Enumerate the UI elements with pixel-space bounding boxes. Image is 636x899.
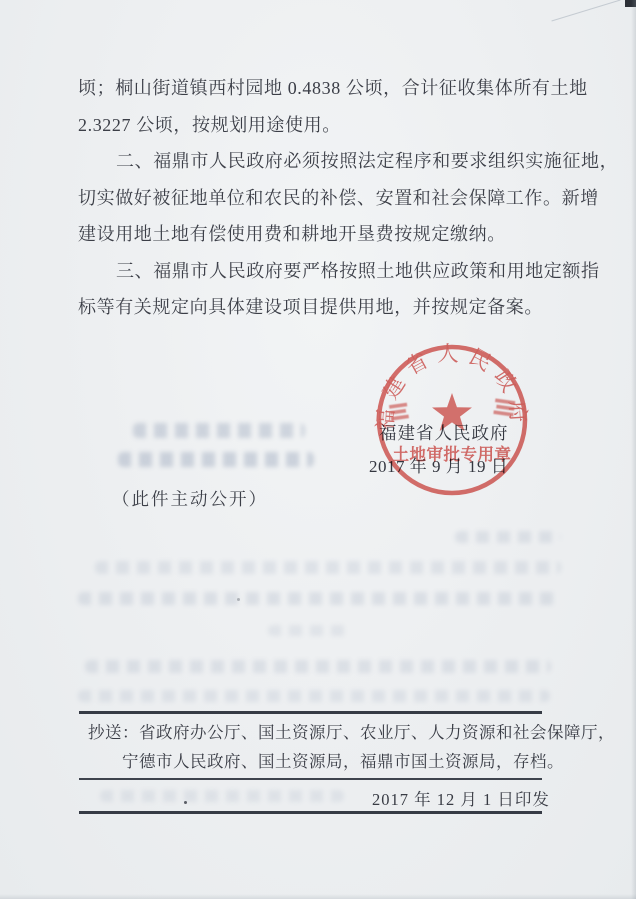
body-line: 三、福鼎市人民政府要严格按照土地供应政策和用地定额指 bbox=[78, 253, 570, 290]
page-edge-shading bbox=[0, 894, 636, 899]
cc-line: 抄送：省政府办公厅、国土资源厅、农业厅、人力资源和社会保障厅， bbox=[88, 719, 615, 743]
bleedthrough-text bbox=[85, 660, 551, 673]
bleedthrough-text bbox=[100, 790, 344, 802]
paper-speck bbox=[237, 598, 240, 601]
page-edge-shading bbox=[631, 0, 636, 899]
paper-speck bbox=[184, 801, 187, 804]
separator-bottom bbox=[79, 811, 542, 814]
body-line: 2.3227 公顷，按规划用途使用。 bbox=[78, 107, 570, 144]
cc-label: 抄送： bbox=[88, 723, 139, 742]
body-line: 顷；桐山街道镇西村园地 0.4838 公顷，合计征收集体所有土地 bbox=[78, 70, 570, 107]
bleedthrough-text bbox=[118, 452, 314, 467]
cc-recipients: 省政府办公厅、国土资源厅、农业厅、人力资源和社会保障厅， bbox=[139, 723, 615, 742]
seal-bottom-text: 土地审批专用章 bbox=[393, 444, 512, 464]
bleedthrough-text bbox=[78, 592, 556, 605]
body-line: 二、福鼎市人民政府必须按照法定程序和要求组织实施征地， bbox=[78, 143, 570, 180]
seal-security-mark-right bbox=[493, 398, 515, 416]
separator-mid bbox=[79, 778, 542, 780]
bleedthrough-text bbox=[268, 625, 352, 636]
bleedthrough-text bbox=[455, 531, 561, 543]
body-line: 建设用地土地有偿使用费和耕地开垦费按规定缴纳。 bbox=[78, 216, 570, 253]
cc-separator-top bbox=[79, 711, 542, 714]
bleedthrough-text bbox=[78, 690, 550, 702]
document-page: 顷；桐山街道镇西村园地 0.4838 公顷，合计征收集体所有土地 2.3227 … bbox=[0, 0, 636, 899]
body-line: 切实做好被征地单位和农民的补偿、安置和社会保障工作。新增 bbox=[78, 180, 570, 217]
seal-security-mark-left bbox=[389, 403, 409, 421]
bleedthrough-text bbox=[95, 561, 561, 574]
cc-line: 宁德市人民政府、国土资源局，福鼎市国土资源局，存档。 bbox=[122, 748, 564, 772]
body-line: 标等有关规定向具体建设项目提供用地，并按规定备案。 bbox=[78, 289, 570, 326]
document-body: 顷；桐山街道镇西村园地 0.4838 公顷，合计征收集体所有土地 2.3227 … bbox=[78, 70, 570, 326]
bleedthrough-text bbox=[133, 423, 305, 438]
seal-star-icon bbox=[432, 393, 472, 431]
official-seal: 福建省人民政府 土地审批专用章 bbox=[366, 336, 538, 508]
imprint-date: 2017 年 12 月 1 日印发 bbox=[372, 786, 550, 810]
disclosure-note: （此件主动公开） bbox=[112, 486, 268, 511]
paper-corner-edge bbox=[551, 0, 620, 22]
